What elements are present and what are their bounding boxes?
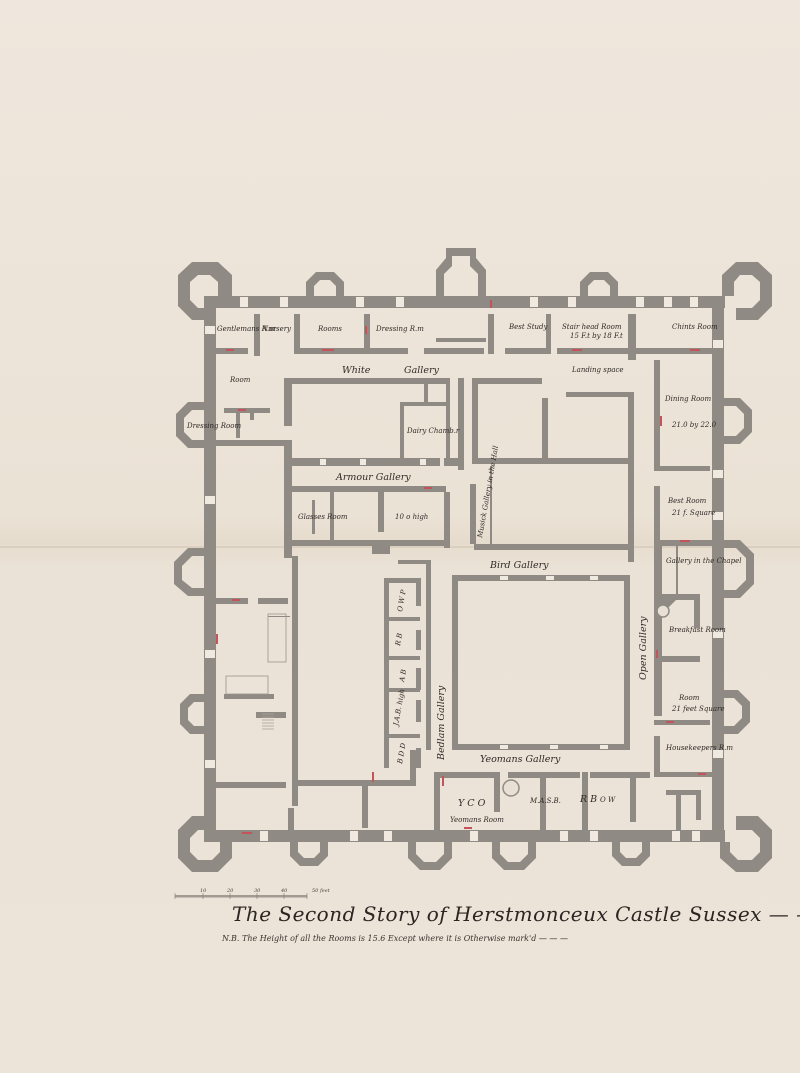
label-masb: M.A.S.B. [529, 797, 561, 805]
label-best-study: Best Study [508, 323, 549, 331]
label-yeomans-room: Yeomans Room [450, 816, 504, 824]
label-best-room: Best Room [667, 497, 707, 505]
scale-tick-40: 40 [280, 888, 288, 894]
drawing-note: N.B. The Height of all the Rooms is 15.6… [222, 934, 568, 943]
label-stair-head-dims: 15 F.t by 18 F.t [570, 332, 623, 340]
label-room-east: Room [678, 694, 700, 702]
scale-bar: 10 20 30 40 50 feet [175, 888, 331, 899]
label-armour-gallery: Armour Gallery [335, 472, 411, 483]
label-chints-room: Chints Room [672, 323, 718, 331]
label-rb: R B [394, 633, 404, 648]
label-nursery: Nursery [261, 325, 292, 333]
label-rb-south: R B [579, 794, 597, 805]
label-dining-dims: 21.0 by 22.0 [671, 421, 717, 429]
interior-walls [216, 314, 724, 832]
label-bedlam-gallery: Bedlam Gallery [436, 685, 447, 761]
label-breakfast-room: Breakfast Room [668, 626, 726, 634]
label-open-gallery: Open Gallery [638, 616, 649, 680]
label-white-gallery-1: White [342, 365, 371, 376]
label-housekeepers-room: Housekeepers R.m [665, 744, 733, 752]
label-bird-gallery: Bird Gallery [489, 560, 549, 571]
label-ow: O W [600, 796, 616, 804]
label-ab: A B [398, 669, 408, 684]
label-owp: O W P [396, 589, 408, 612]
label-landing-space: Landing space [571, 366, 624, 374]
scale-tick-20: 20 [226, 888, 234, 894]
label-room-west: Room [229, 376, 251, 384]
label-stair-head-room: Stair head Room [562, 323, 622, 331]
label-dairy-chamber: Dairy Chamb.r [406, 427, 460, 435]
label-dressing-room-west: Dressing Room [186, 422, 241, 430]
bench-fixture [226, 676, 268, 694]
drawing-title: The Second Story of Herstmonceux Castle … [232, 902, 800, 926]
label-yeomans-gallery: Yeomans Gallery [480, 754, 561, 765]
label-jab-high: J.A.B. high [392, 688, 407, 728]
label-rooms: Rooms [317, 325, 342, 333]
label-dining-room: Dining Room [664, 395, 712, 403]
label-ten-high: 10 o high [395, 513, 428, 521]
gallery-labels: White Gallery Armour Gallery Bird Galler… [335, 365, 649, 765]
scale-tick-10: 10 [200, 888, 207, 894]
scale-tick-50-feet: 50 feet [312, 888, 331, 894]
label-room-east-dims: 21 feet Square [671, 705, 725, 713]
label-bdd: B D D [396, 742, 408, 765]
bath-fixture [268, 614, 286, 662]
label-best-room-dims: 21 f. Square [671, 509, 715, 517]
label-gallery-chapel: Gallery in the Chapel [666, 557, 741, 565]
label-glasses-room: Glasses Room [298, 513, 348, 521]
label-dressing-room-north: Dressing R.m [375, 325, 424, 333]
label-yco: Y C O [458, 798, 486, 809]
label-white-gallery-2: Gallery [404, 365, 439, 376]
scale-tick-30: 30 [254, 888, 261, 894]
